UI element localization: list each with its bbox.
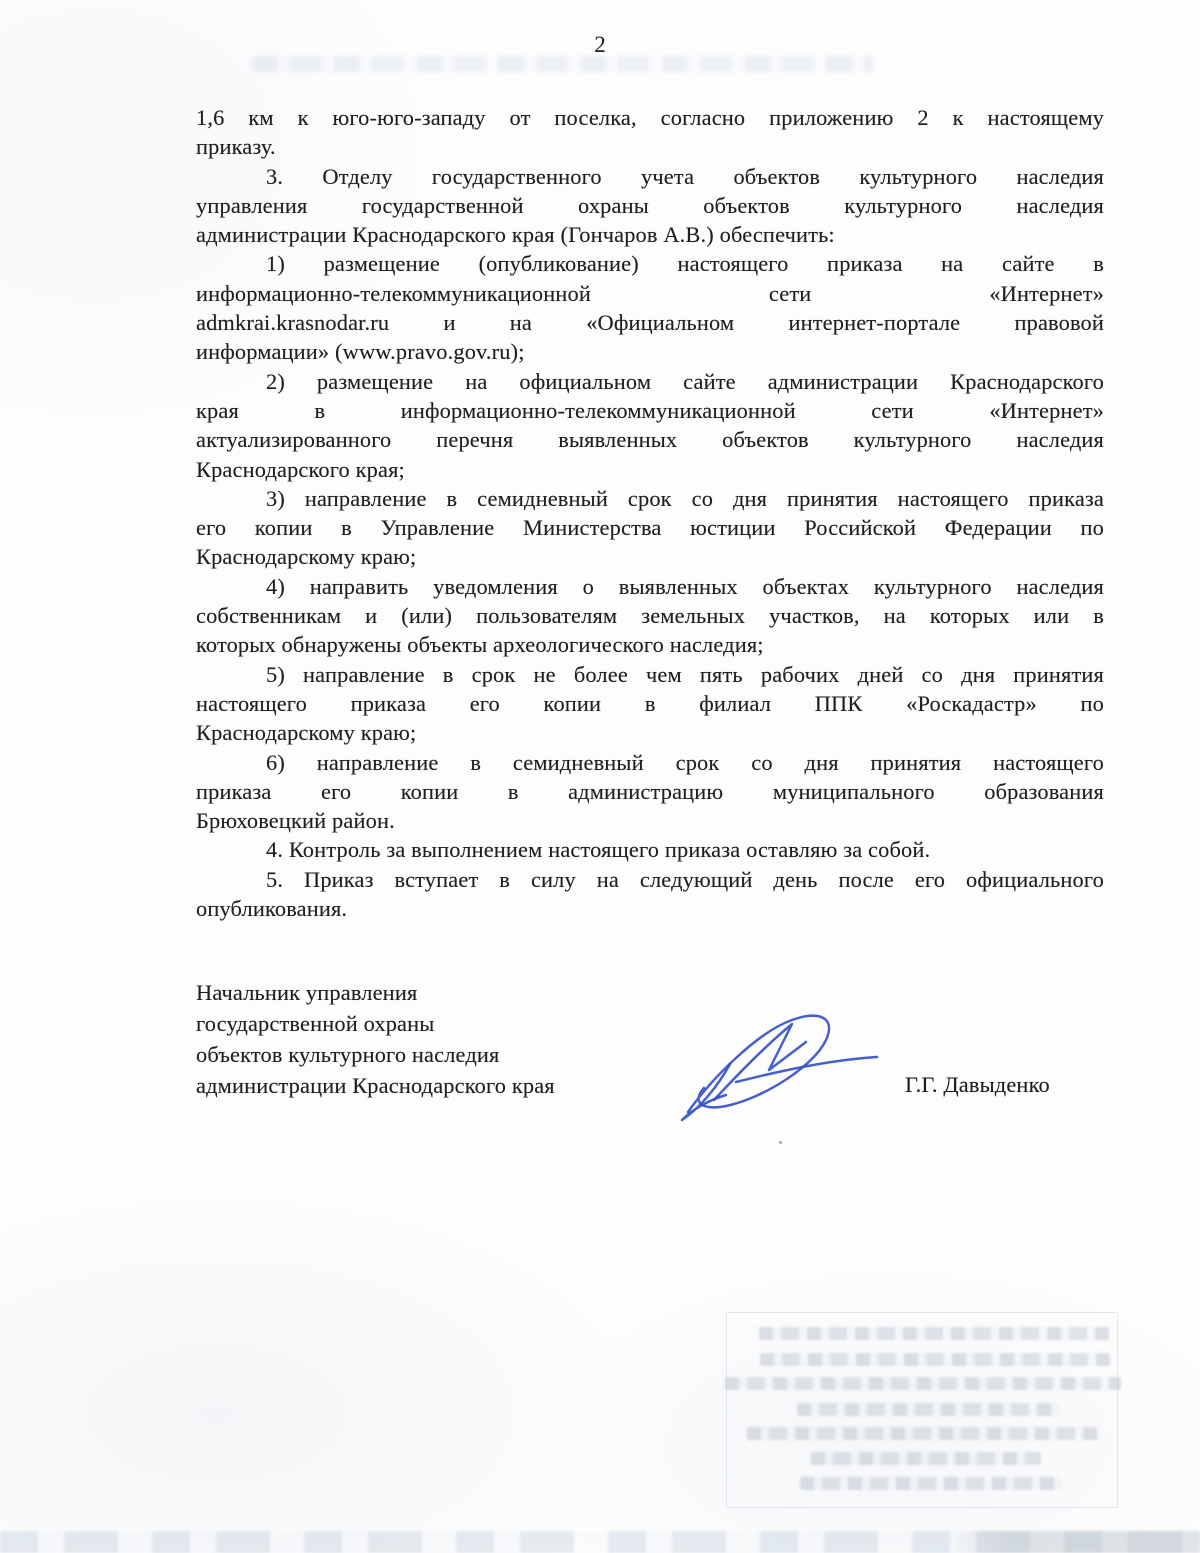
body-line: настоящего приказа его копии в филиал ПП… [196, 689, 1104, 718]
signature-title-line: администрации Краснодарского края [196, 1070, 666, 1101]
body-text: 1,6 км к юго-юго-западу от поселка, согл… [196, 103, 1104, 923]
body-line: 4) направить уведомления о выявленных об… [196, 572, 1104, 601]
signature-ink [668, 1008, 892, 1126]
stamp-line [811, 1452, 1041, 1465]
body-line: 1) размещение (опубликование) настоящего… [196, 249, 1104, 278]
body-line: управления государственной охраны объект… [196, 191, 1104, 220]
body-line: опубликования. [196, 894, 1104, 923]
body-line: Краснодарскому краю; [196, 718, 1104, 747]
document-page: 2 1,6 км к юго-юго-западу от поселка, со… [0, 0, 1200, 1553]
faded-stamp [726, 1312, 1118, 1508]
body-line: его копии в Управление Министерства юсти… [196, 513, 1104, 542]
body-line: 5. Приказ вступает в силу на следующий д… [196, 865, 1104, 894]
body-line: 5) направление в срок не более чем пять … [196, 660, 1104, 689]
body-line: Краснодарскому краю; [196, 542, 1104, 571]
body-line: 4. Контроль за выполнением настоящего пр… [196, 835, 1104, 864]
body-line: 2) размещение на официальном сайте админ… [196, 367, 1104, 396]
page-number: 2 [0, 32, 1200, 58]
body-line: Краснодарского края; [196, 455, 1104, 484]
body-line: информации» (www.pravo.gov.ru); [196, 337, 1104, 366]
signature-title-line: Начальник управления [196, 977, 666, 1008]
body-line: 3. Отделу государственного учета объекто… [196, 162, 1104, 191]
body-line: admkrai.krasnodar.ru и на «Официальном и… [196, 308, 1104, 337]
body-line: 1,6 км к юго-юго-западу от поселка, согл… [196, 103, 1104, 132]
stamp-line [760, 1353, 1110, 1366]
stamp-line [797, 1403, 1059, 1416]
ink-speck [779, 1141, 782, 1144]
signature-title-line: объектов культурного наследия [196, 1039, 666, 1070]
signature-title: Начальник управления государственной охр… [196, 977, 666, 1101]
body-line: приказа его копии в администрацию муници… [196, 777, 1104, 806]
body-line: информационно-телекоммуникационной сети … [196, 279, 1104, 308]
body-line: Брюховецкий район. [196, 806, 1104, 835]
stamp-line [747, 1427, 1099, 1440]
body-line: администрации Краснодарского края (Гонча… [196, 220, 1104, 249]
signature-title-line: государственной охраны [196, 1008, 666, 1039]
body-line: актуализированного перечня выявленных об… [196, 425, 1104, 454]
scan-artifact-bottom [0, 1531, 1200, 1553]
scan-artifact-header [252, 56, 874, 72]
signature-signee: Г.Г. Давыденко [905, 1072, 1050, 1098]
body-line: края в информационно-телекоммуникационно… [196, 396, 1104, 425]
body-line: 6) направление в семидневный срок со дня… [196, 748, 1104, 777]
stamp-line [725, 1377, 1121, 1390]
body-line: 3) направление в семидневный срок со дня… [196, 484, 1104, 513]
body-line: приказу. [196, 132, 1104, 161]
body-line: собственникам и (или) пользователям земе… [196, 601, 1104, 630]
stamp-line [800, 1477, 1062, 1490]
stamp-line [759, 1327, 1109, 1340]
body-line: которых обнаружены объекты археологическ… [196, 630, 1104, 659]
